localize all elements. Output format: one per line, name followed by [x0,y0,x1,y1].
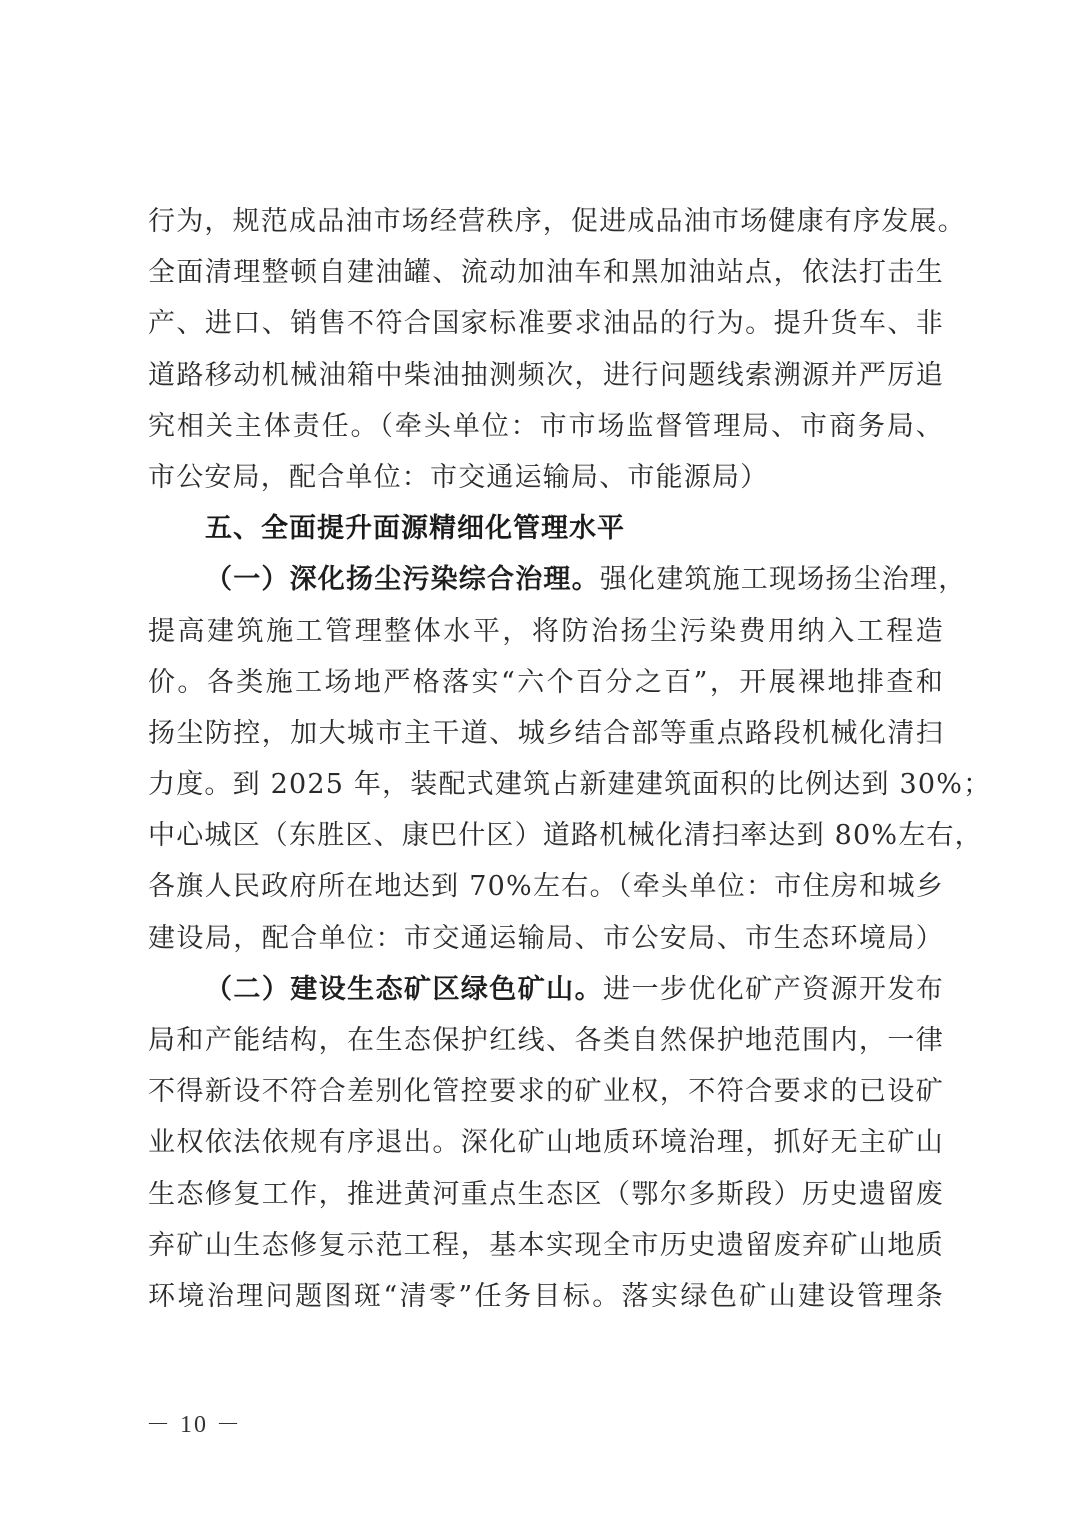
paragraph-line: 不得新设不符合差别化管控要求的矿业权，不符合要求的已设矿 [148,1066,944,1117]
paragraph-line: 产、进口、销售不符合国家标准要求油品的行为。提升货车、非 [148,298,944,349]
paragraph-line: 市公安局，配合单位：市交通运输局、市能源局） [148,452,944,503]
subsection-2-lead: 进一步优化矿产资源开发布 [603,974,944,1005]
paragraph-line: 局和产能结构，在生态保护红线、各类自然保护地范围内，一律 [148,1015,944,1066]
paragraph-line: 全面清理整顿自建油罐、流动加油车和黑加油站点，依法打击生 [148,247,944,298]
paragraph-line: 业权依法依规有序退出。深化矿山地质环境治理，抓好无主矿山 [148,1117,944,1168]
paragraph-line: 提高建筑施工管理整体水平，将防治扬尘污染费用纳入工程造 [148,606,944,657]
document-body: 行为，规范成品油市场经营秩序，促进成品油市场健康有序发展。 全面清理整顿自建油罐… [148,196,948,1322]
paragraph-line: 价。各类施工场地严格落实“六个百分之百”，开展裸地排查和 [148,657,944,708]
paragraph-line: 各旗人民政府所在地达到 70%左右。（牵头单位：市住房和城乡 [148,861,944,912]
paragraph-line: 中心城区（东胜区、康巴什区）道路机械化清扫率达到 80%左右， [148,810,944,861]
paragraph-line: 行为，规范成品油市场经营秩序，促进成品油市场健康有序发展。 [148,196,944,247]
paragraph-line: 弃矿山生态修复示范工程，基本实现全市历史遗留废弃矿山地质 [148,1220,944,1271]
paragraph-line: 扬尘防控，加大城市主干道、城乡结合部等重点路段机械化清扫 [148,708,944,759]
subsection-1-first-line: （一）深化扬尘污染综合治理。强化建筑施工现场扬尘治理， [148,554,944,605]
page-number: － 10 － [146,1404,242,1439]
subsection-2-first-line: （二）建设生态矿区绿色矿山。进一步优化矿产资源开发布 [148,964,944,1015]
paragraph-line: 究相关主体责任。（牵头单位：市市场监督管理局、市商务局、 [148,401,944,452]
subsection-2-title: （二）建设生态矿区绿色矿山。 [205,974,603,1005]
paragraph-line: 生态修复工作，推进黄河重点生态区（鄂尔多斯段）历史遗留废 [148,1169,944,1220]
subsection-1-title: （一）深化扬尘污染综合治理。 [205,564,600,595]
document-page: 行为，规范成品油市场经营秩序，促进成品油市场健康有序发展。 全面清理整顿自建油罐… [0,0,1080,1527]
section-heading: 五、全面提升面源精细化管理水平 [148,503,944,554]
paragraph-line: 建设局，配合单位：市交通运输局、市公安局、市生态环境局） [148,913,944,964]
paragraph-line: 力度。到 2025 年，装配式建筑占新建建筑面积的比例达到 30%； [148,759,944,810]
subsection-1-lead: 强化建筑施工现场扬尘治理， [600,564,967,595]
paragraph-line: 道路移动机械油箱中柴油抽测频次，进行问题线索溯源并严厉追 [148,350,944,401]
paragraph-line: 环境治理问题图斑“清零”任务目标。落实绿色矿山建设管理条 [148,1271,944,1322]
